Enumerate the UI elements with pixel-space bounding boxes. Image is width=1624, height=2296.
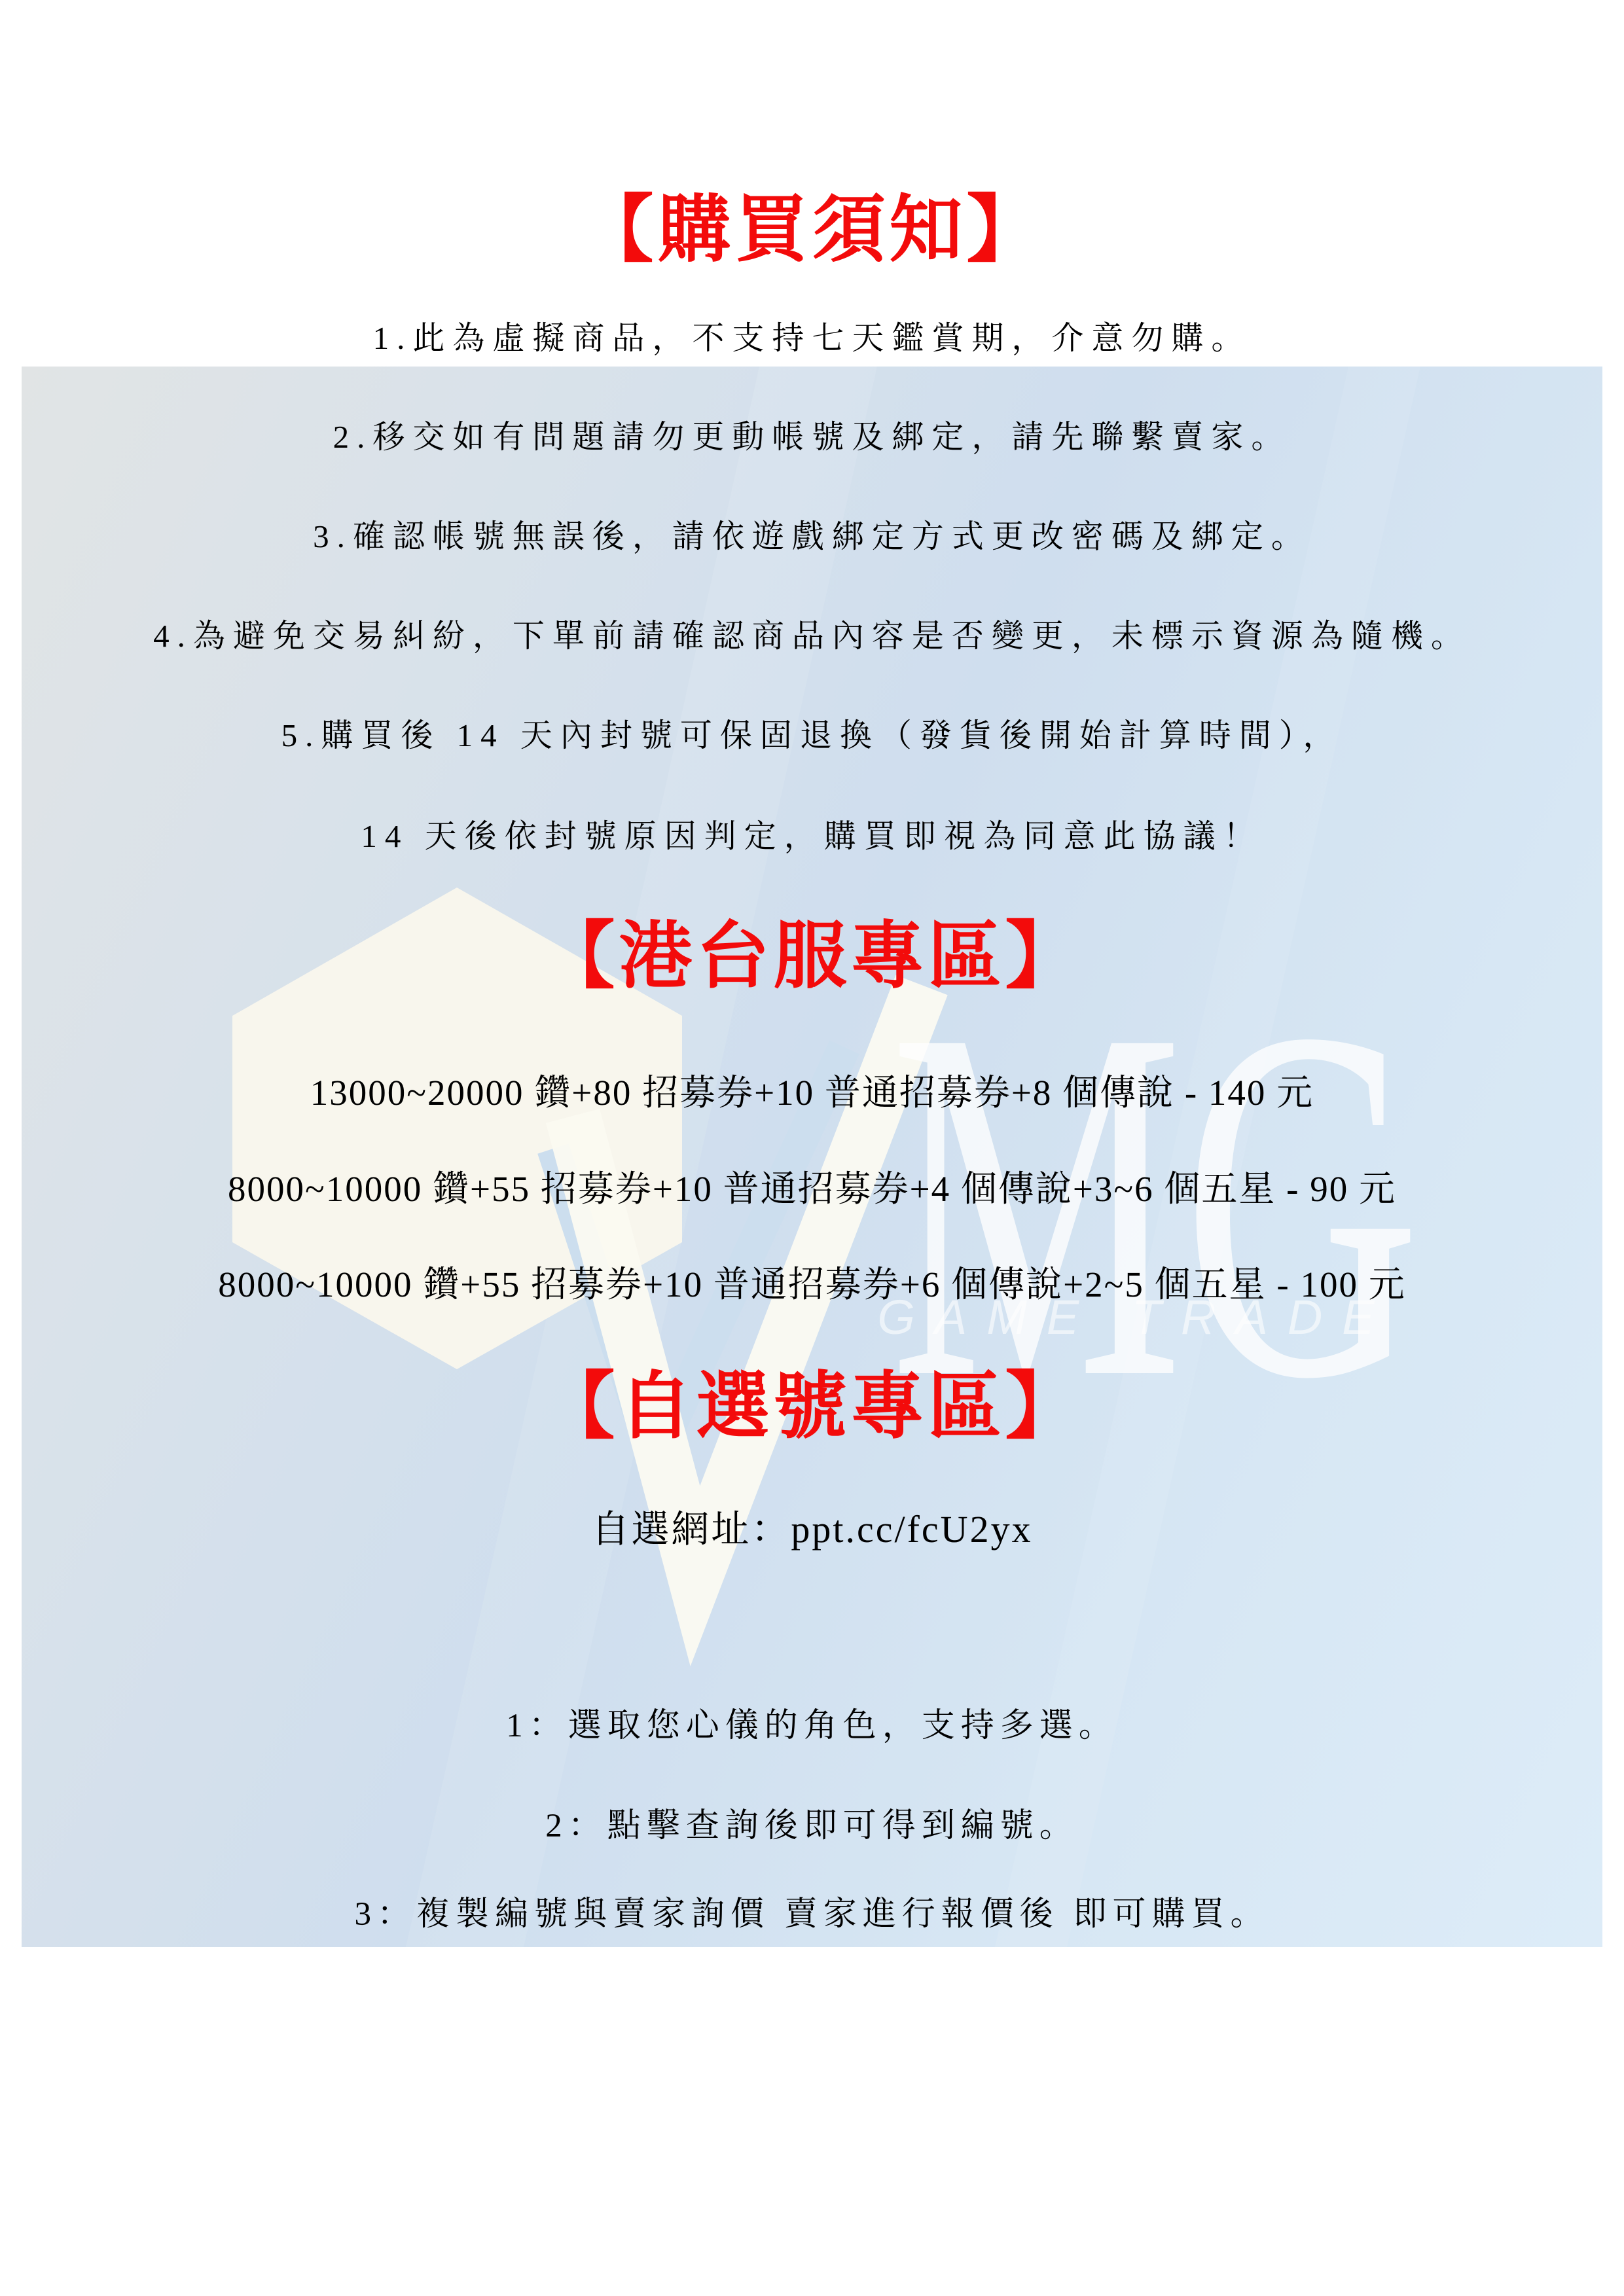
notice-item-5-continued: 14 天後依封號原因判定，購買即視為同意此協議！ <box>0 816 1624 857</box>
notice-item-4: 4.為避免交易糾紛，下單前請確認商品內容是否變更，未標示資源為隨機。 <box>0 615 1624 657</box>
offer-item-3: 8000~10000 鑽+55 招募券+10 普通招募券+6 個傳說+2~5 個… <box>0 1261 1624 1308</box>
offer-item-1: 13000~20000 鑽+80 招募券+10 普通招募券+8 個傳說 - 14… <box>0 1069 1624 1117</box>
notice-item-5: 5.購買後 14 天內封號可保固退換（發貨後開始計算時間）， <box>0 715 1624 757</box>
poster-page: MG GAME TRADE 【購買須知】 1.此為虛擬商品，不支持七天鑑賞期，介… <box>0 0 1624 2296</box>
custom-pick-section-title: 【自選號專區】 <box>0 1358 1624 1457</box>
offer-item-2: 8000~10000 鑽+55 招募券+10 普通招募券+4 個傳說+3~6 個… <box>0 1166 1624 1213</box>
hk-tw-section-title: 【港台服專區】 <box>0 908 1624 1007</box>
purchase-notice-title: 【購買須知】 <box>0 181 1624 280</box>
custom-pick-step-3: 3：複製編號與賣家詢價 賣家進行報價後 即可購買。 <box>0 1893 1624 1936</box>
custom-pick-url-text: 自選網址：ppt.cc/fcU2yx <box>0 1505 1624 1554</box>
notice-item-1: 1.此為虛擬商品，不支持七天鑑賞期，介意勿購。 <box>0 317 1624 359</box>
custom-pick-step-1: 1：選取您心儀的角色，支持多選。 <box>0 1704 1624 1748</box>
notice-item-2: 2.移交如有問題請勿更動帳號及綁定，請先聯繫賣家。 <box>0 416 1624 458</box>
notice-item-3: 3.確認帳號無誤後，請依遊戲綁定方式更改密碼及綁定。 <box>0 516 1624 558</box>
custom-pick-step-2: 2：點擊查詢後即可得到編號。 <box>0 1804 1624 1848</box>
